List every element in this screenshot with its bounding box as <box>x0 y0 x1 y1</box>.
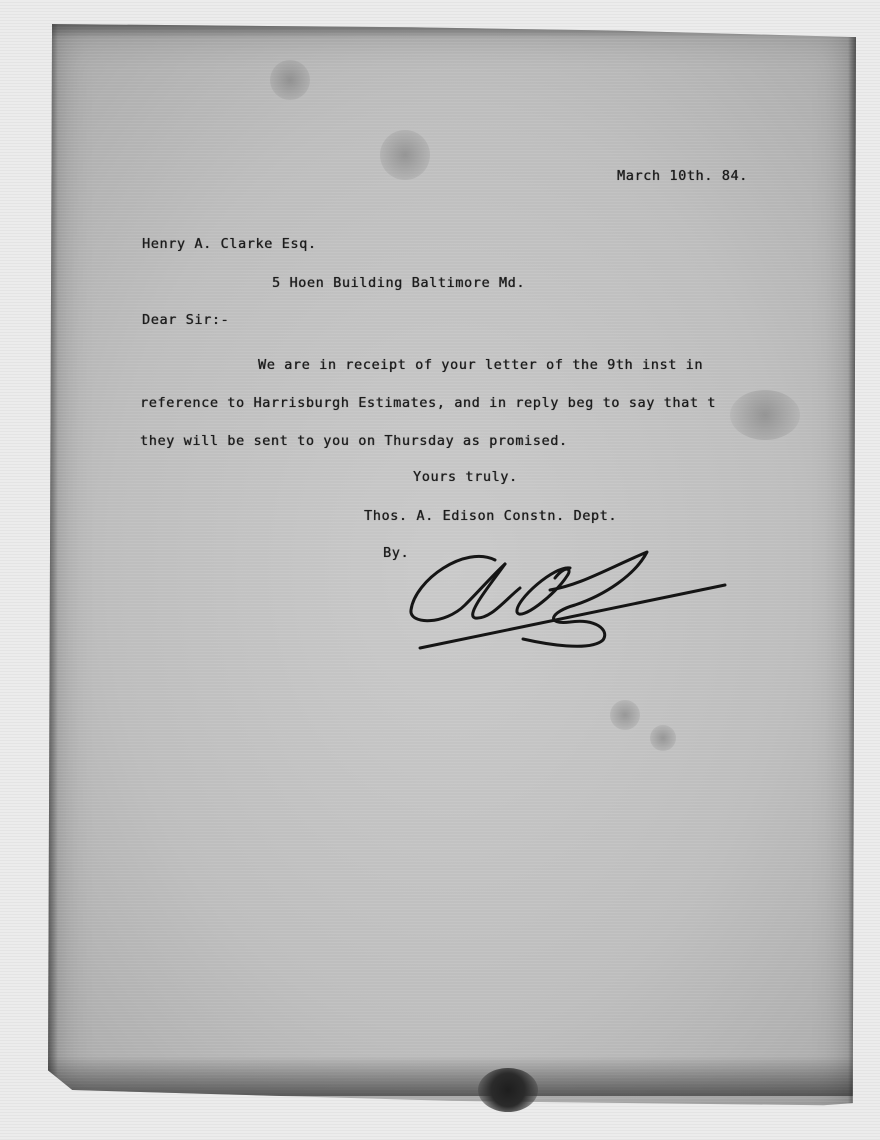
paper-edge-shadow <box>48 1056 856 1096</box>
sender-department: Thos. A. Edison Constn. Dept. <box>364 508 617 524</box>
ink-blot <box>478 1068 538 1112</box>
paper-smudge <box>610 700 640 730</box>
recipient-address: 5 Hoen Building Baltimore Md. <box>272 275 525 291</box>
paper-smudge <box>380 130 430 180</box>
paper-smudge <box>270 60 310 100</box>
body-line: they will be sent to you on Thursday as … <box>140 433 568 449</box>
body-line: We are in receipt of your letter of the … <box>258 357 703 373</box>
salutation: Dear Sir:- <box>142 312 229 328</box>
paper-smudge <box>730 390 800 440</box>
closing: Yours truly. <box>413 469 518 485</box>
body-line: reference to Harrisburgh Estimates, and … <box>140 395 716 411</box>
paper-smudge <box>650 725 676 751</box>
letter-date: March 10th. 84. <box>617 168 748 184</box>
handwritten-signature <box>405 540 735 655</box>
recipient-name: Henry A. Clarke Esq. <box>142 236 317 252</box>
